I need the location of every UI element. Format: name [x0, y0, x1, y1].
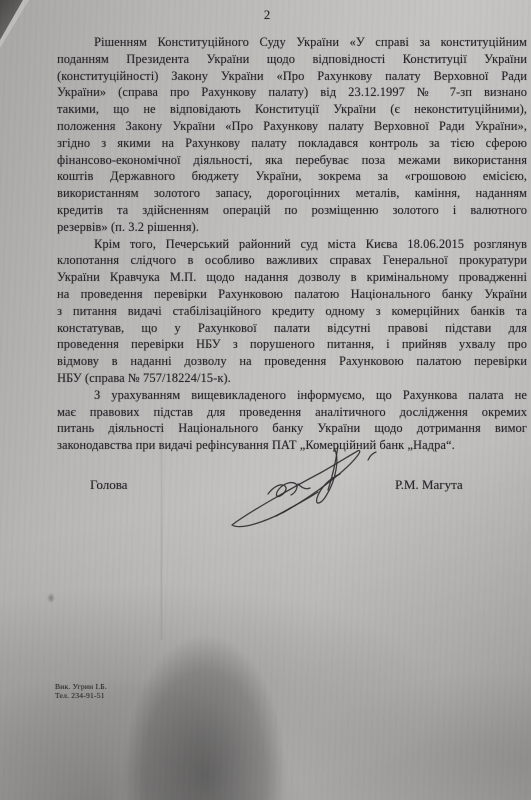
footer-phone: Тел. 234-91-51: [55, 691, 107, 700]
handwritten-signature-icon: [218, 438, 378, 528]
paper-crease: [160, 425, 163, 640]
document-line: З урахуванням вищевикладеного інформуємо…: [57, 387, 527, 404]
document-line: питань діяльності Національного банку Ук…: [57, 420, 527, 437]
document-line: фінансово-економічної діяльності, яка пе…: [57, 152, 527, 169]
footer-executor: Вик. Угрин І.Б.: [55, 682, 107, 691]
page-number: 2: [57, 8, 477, 23]
page-corner-fold: [0, 0, 30, 52]
document-line: клопотання слідчого в особливо важливих …: [57, 252, 527, 269]
document-line: кредитів та здійсненням операцій по розм…: [57, 202, 527, 219]
scan-speck: [47, 593, 55, 603]
document-line: резервів» (п. 3.2 рішення).: [57, 219, 527, 236]
document-line: НБУ (справа № 757/18224/15-к).: [57, 370, 527, 387]
document-line: відмову в наданні дозволу на проведення …: [57, 353, 527, 370]
document-line: згідно з якими на Рахункову палату покла…: [57, 135, 527, 152]
document-line: з питання видачі стабілізаційного кредит…: [57, 303, 527, 320]
document-line: України» (справа про Рахункову палату) в…: [57, 84, 527, 101]
document-line: такими, що не відповідають Конституції У…: [57, 101, 527, 118]
document-line: використанням золотого запасу, дорогоцін…: [57, 185, 527, 202]
chairman-title: Голова: [90, 477, 127, 493]
document-line: поданням Президента України щодо відпові…: [57, 51, 527, 68]
document-line: Крім того, Печерський районний суд міста…: [57, 236, 527, 253]
document-line: констатував, що у Рахункової палати відс…: [57, 320, 527, 337]
document-line: Рішенням Конституційного Суду України «У…: [57, 34, 527, 51]
signatory-name: Р.М. Магута: [395, 477, 463, 493]
document-line: має правових підстав для проведення анал…: [57, 404, 527, 421]
document-line: (конституційності) Закону України «Про Р…: [57, 68, 527, 85]
document-line: положення Закону України «Про Рахункову …: [57, 118, 527, 135]
scanned-letter-page: 2 Рішенням Конституційного Суду України …: [0, 0, 531, 800]
document-line: України Кравчука М.П. щодо надання дозво…: [57, 269, 527, 286]
footer-block: Вик. Угрин І.Б. Тел. 234-91-51: [55, 682, 107, 700]
document-line: на проведення перевірки Рахунковою палат…: [57, 286, 527, 303]
document-body: Рішенням Конституційного Суду України «У…: [57, 34, 527, 454]
document-line: коштів Державного бюджету України, зокре…: [57, 168, 527, 185]
document-line: проведення перевірки НБУ з порушеного пи…: [57, 336, 527, 353]
